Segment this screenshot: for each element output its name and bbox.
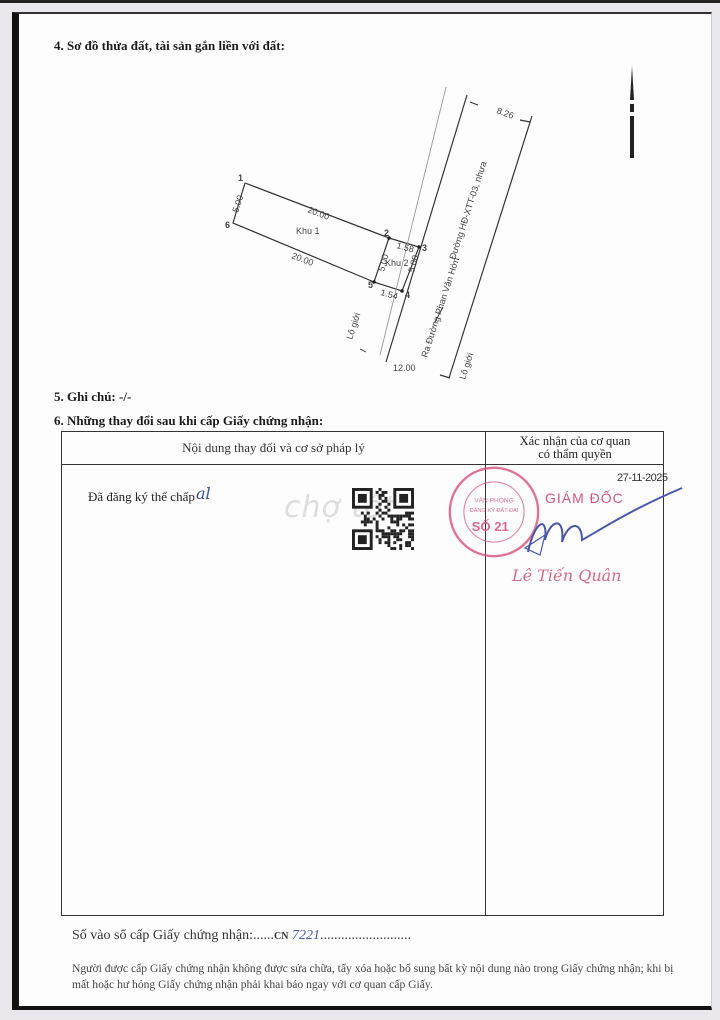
register-prefix: CN — [274, 931, 288, 942]
signature-icon — [0, 0, 720, 600]
register-number-line: Số vào sổ cấp Giấy chứng nhận:......CN 7… — [72, 928, 411, 944]
register-number: 7221 — [292, 928, 320, 943]
register-trailer: .......................... — [320, 928, 411, 943]
register-label: Số vào sổ cấp Giấy chứng nhận:...... — [72, 928, 274, 943]
footer-notice: Người được cấp Giấy chứng nhận không đượ… — [72, 961, 692, 993]
signer-name: Lê Tiến Quân — [512, 566, 621, 585]
